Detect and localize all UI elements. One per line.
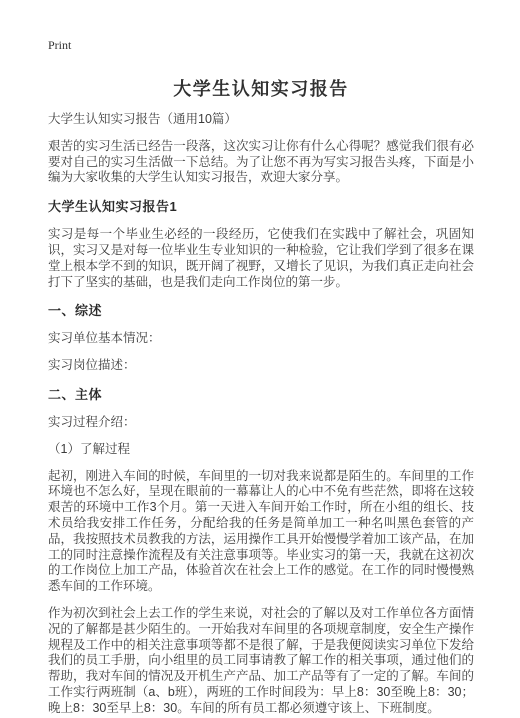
document-page: Print 大学生认知实习报告 大学生认知实习报告（通用10篇） 艰苦的实习生活… bbox=[0, 0, 520, 718]
process-paragraph-2: 作为初次到社会上去工作的学生来说，对社会的了解以及对工作单位各方面情况的了解都是… bbox=[48, 606, 474, 717]
print-button[interactable]: Print bbox=[48, 38, 71, 52]
page-title: 大学生认知实习报告 bbox=[48, 78, 474, 100]
process-paragraph-1: 起初，刚进入车间的时候，车间里的一切对我来说都是陌生的。车间里的工作环境也不怎么… bbox=[48, 469, 474, 595]
document-subtitle: 大学生认知实习报告（通用10篇） bbox=[48, 112, 474, 128]
unit-basic-info-line: 实习单位基本情况： bbox=[48, 331, 474, 347]
intro-paragraph: 艰苦的实习生活已经告一段落，这次实习让你有什么心得呢？感觉我们很有必要对自己的实… bbox=[48, 139, 474, 186]
step-1-label: （1）了解过程 bbox=[48, 442, 474, 458]
section-body-heading: 二、主体 bbox=[48, 387, 474, 403]
post-description-line: 实习岗位描述： bbox=[48, 358, 474, 374]
report-1-heading: 大学生认知实习报告1 bbox=[48, 199, 474, 215]
section-overview-heading: 一、综述 bbox=[48, 303, 474, 319]
process-intro-line: 实习过程介绍： bbox=[48, 415, 474, 431]
report-1-lead-paragraph: 实习是每一个毕业生必经的一段经历，它使我们在实践中了解社会，巩固知识，实习又是对… bbox=[48, 227, 474, 290]
